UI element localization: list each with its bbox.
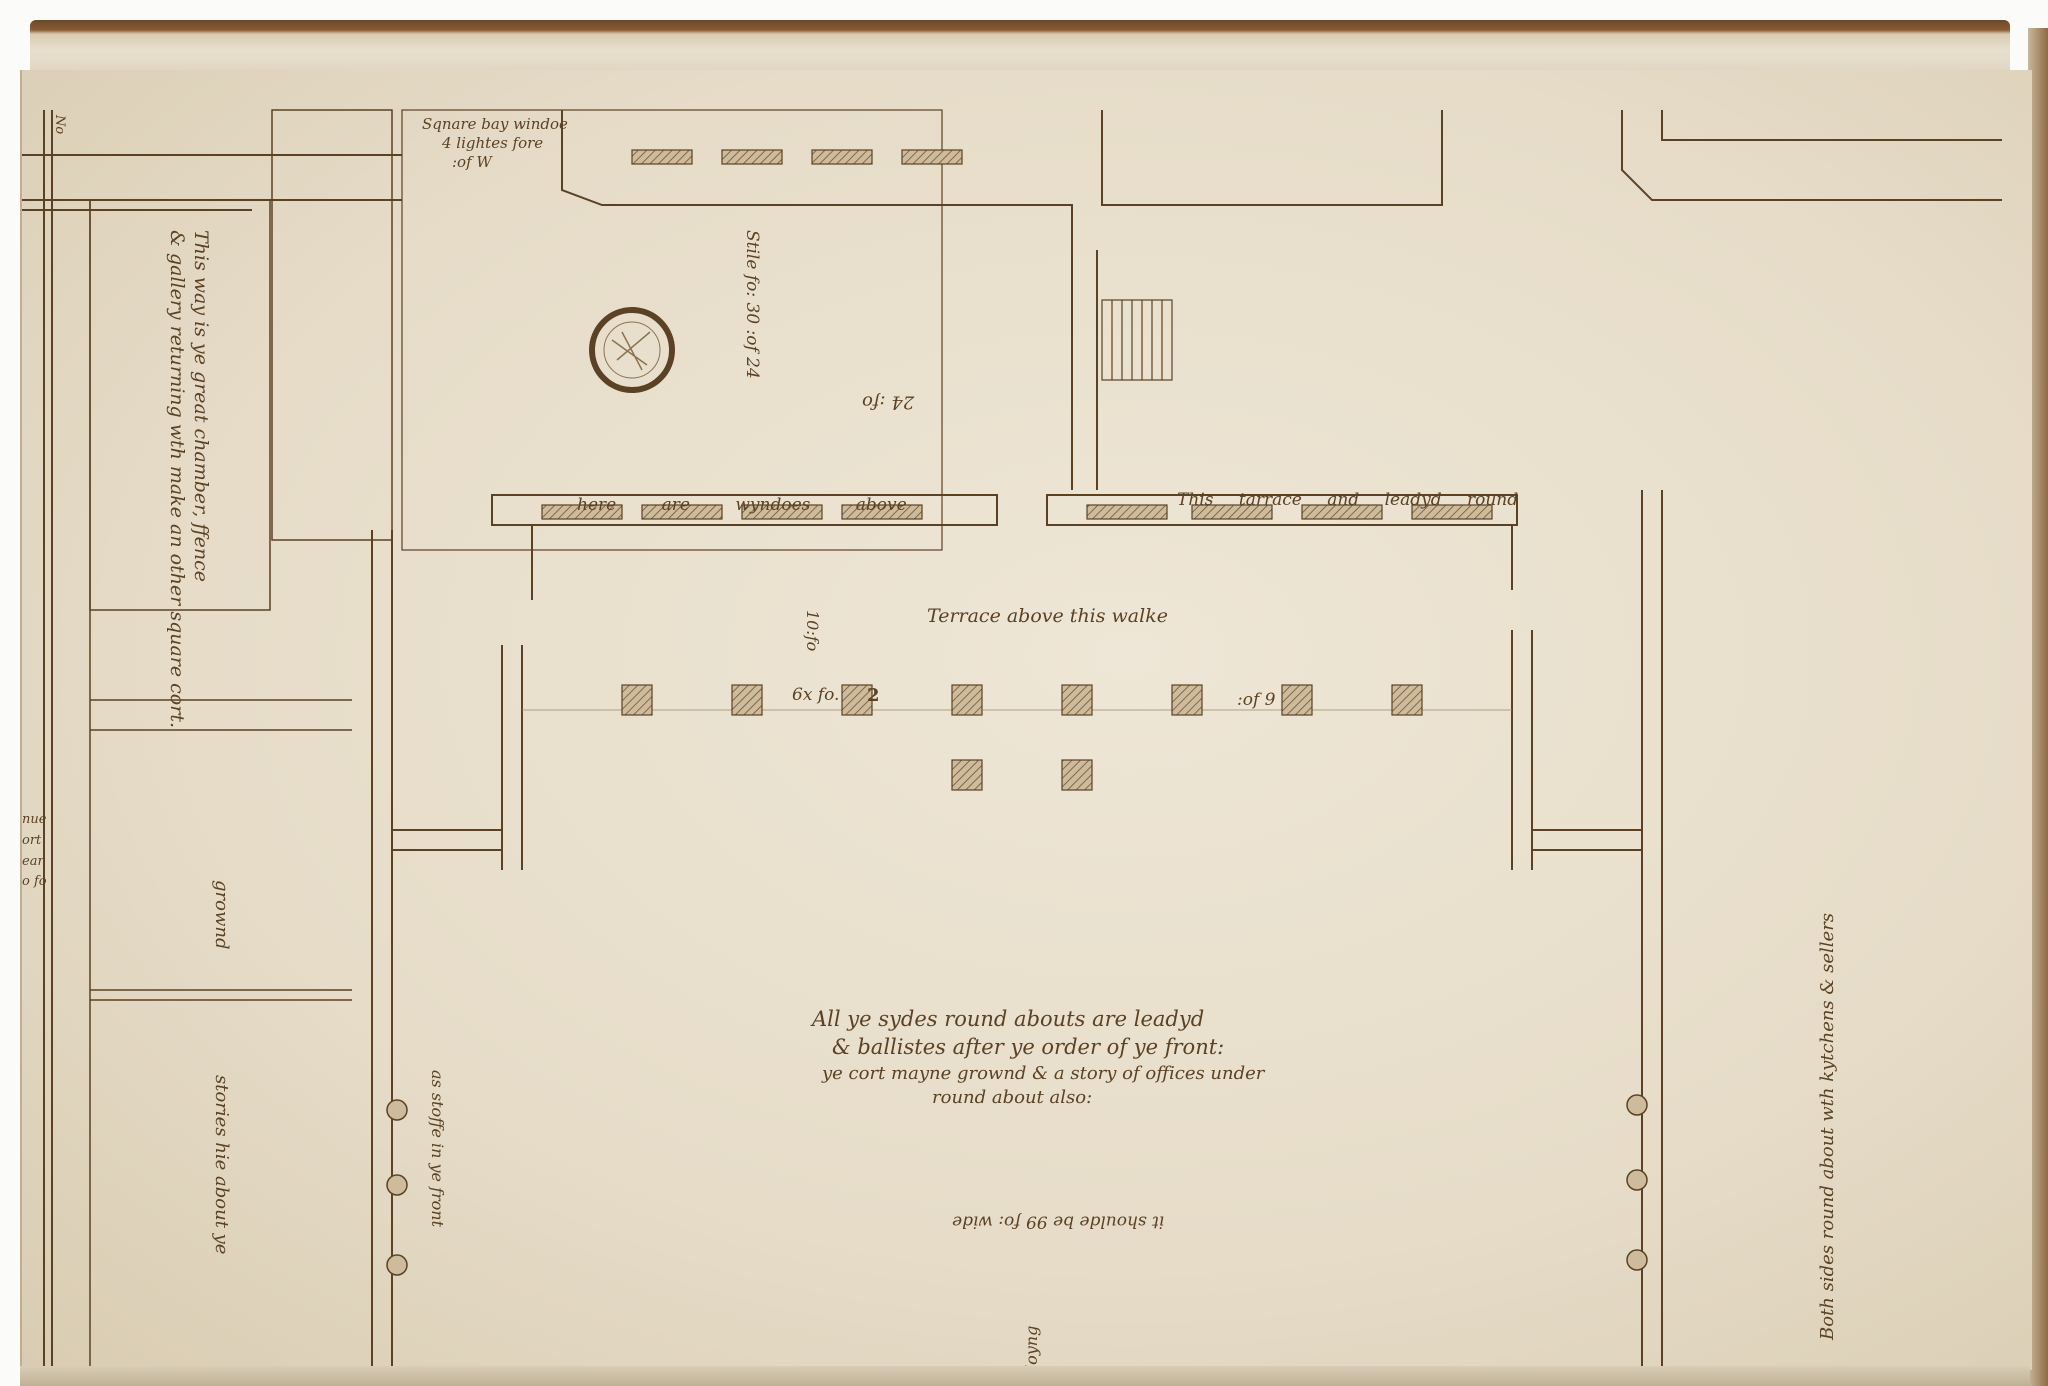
ornamental-roundel (592, 310, 672, 390)
margin-fragments: nue ort ear o fo (22, 810, 47, 893)
top-left-corner-mark: No (51, 115, 67, 134)
main-court-note: All ye sydes round abouts are leadyd & b… (812, 1005, 1264, 1110)
vertical-dimension-note: 10:fo (802, 610, 822, 651)
left-margin-note: This way is ye great chamber, ffence & g… (165, 230, 213, 728)
front-note: as stoffe in ye front (427, 1070, 447, 1227)
bottom-note: loyng (1022, 1326, 1042, 1370)
terrace-note: This tarrace and leadyd round (1177, 490, 1518, 511)
pier-spacing-left: 6x fo. (792, 685, 839, 706)
right-vertical-note: Both sides round about wth kytchens & se… (1817, 913, 1840, 1340)
upper-room-dimension: Stile fo: 30 :of 24 (741, 230, 762, 379)
windows-above-note: here are wyndoes above (577, 495, 907, 516)
pier-number: 2 (867, 685, 880, 708)
terrace-above-walk-note: Terrace above this walke (927, 605, 1168, 629)
court-width-note: it shoulde be 99 fo: wide (952, 1210, 1164, 1231)
bay-window-note: Sqnare bay windoe 4 lightes fore :of W (422, 115, 568, 171)
ground-label: grownd (210, 880, 233, 950)
upper-room-dimension-2: 24 :fo (862, 390, 914, 413)
manuscript-page: Sqnare bay windoe 4 lightes fore :of W T… (20, 70, 2032, 1370)
pier-spacing-right: :of 9 (1237, 690, 1275, 711)
page-bottom-edge (20, 1366, 2030, 1386)
floor-plan-drawing (22, 70, 2032, 1370)
stories-note: stories hie about ye (210, 1075, 233, 1254)
